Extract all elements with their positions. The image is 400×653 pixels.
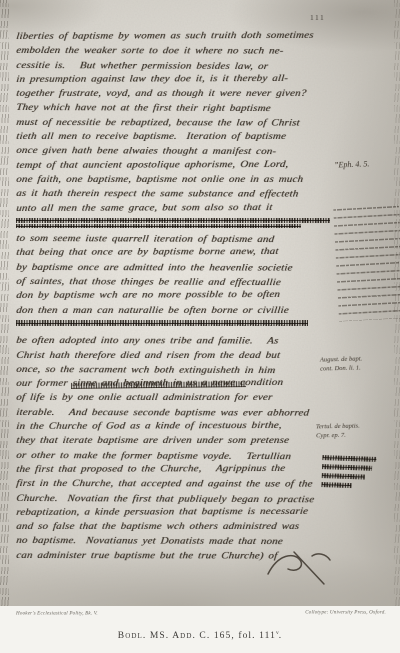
facsimile-page: 111 liberties of baptisme by women as su… — [0, 0, 400, 653]
manuscript-line: embolden the weaker sorte to doe it wher… — [15, 44, 399, 59]
manuscript-line: together frustrate, voyd, and as though … — [15, 87, 399, 101]
caption-folio: fol. 111 — [235, 631, 276, 641]
manuscript-line: one faith, one baptisme, baptisme not on… — [15, 173, 399, 187]
margin-note-tertullian: Tertul. de baptis. Cypr. ep. 7. — [316, 422, 360, 441]
margin-scribble-struck — [321, 451, 376, 489]
manuscript-line: rebaptization, a kinde persuasion that b… — [15, 504, 399, 520]
ink-flourish — [260, 546, 340, 588]
ink-strikethrough — [16, 224, 301, 228]
caption-period: . — [279, 631, 282, 641]
shelfmark-caption: Bodl. MS. Add. C. 165, fol. 111v. — [0, 630, 400, 641]
margin-note-tertullian-line1: Tertul. de baptis. — [316, 422, 360, 432]
strikethrough-deleted-line — [16, 320, 340, 334]
manuscript-line: must of necessitie be rebaptized, becaus… — [15, 116, 399, 131]
ink-strikethrough — [321, 482, 351, 488]
ink-strikethrough — [16, 218, 330, 223]
manuscript-line: They which have not at the first their r… — [15, 101, 399, 117]
manuscript-text: liberties of baptisme by women as such t… — [16, 30, 340, 563]
caption-collection: Bodl. MS. Add. C. 165, — [118, 631, 235, 641]
manuscript-line: be often adopted into any ones tribe and… — [15, 334, 399, 349]
ink-strikethrough — [16, 320, 308, 326]
margin-note-augustine-line2: cont. Don. li. 1. — [320, 364, 362, 374]
folio-page-number: 111 — [310, 13, 325, 22]
margin-citation-block — [333, 204, 400, 321]
ink-strikethrough — [322, 473, 365, 480]
plate-credit-right: Collotype: University Press, Oxford. — [305, 610, 386, 615]
strikethrough-deleted-line — [16, 218, 340, 232]
margin-note-augustine: August. de bapt. cont. Don. li. 1. — [320, 355, 363, 373]
ink-strikethrough — [322, 455, 376, 462]
plate-credit-left: Hooker's Ecclesiastical Polity, Bk. V. — [16, 611, 98, 616]
manuscript-line: tieth all men to receive baptisme. Itera… — [15, 130, 399, 144]
manuscript-line: in presumption against law they doe it, … — [15, 71, 399, 87]
manuscript-line: can administer true baptisme but the tru… — [15, 549, 399, 564]
margin-note-tertullian-line2: Cypr. ep. 7. — [316, 431, 360, 441]
manuscript-line: and so false that the baptisme wch other… — [15, 520, 399, 534]
manuscript-line: liberties of baptisme by women as such t… — [15, 29, 399, 45]
facsimile-plate: 111 liberties of baptisme by women as su… — [0, 0, 400, 606]
ink-strikethrough — [322, 464, 372, 471]
margin-note-ephesians: ”Eph. 4. 5. — [334, 159, 370, 169]
manuscript-line: of life is by one onlie actuall administ… — [15, 391, 399, 405]
plate-edge-speckle-left — [0, 0, 9, 606]
manuscript-line: no baptisme. Novatianus yet Donatists ma… — [15, 534, 399, 550]
